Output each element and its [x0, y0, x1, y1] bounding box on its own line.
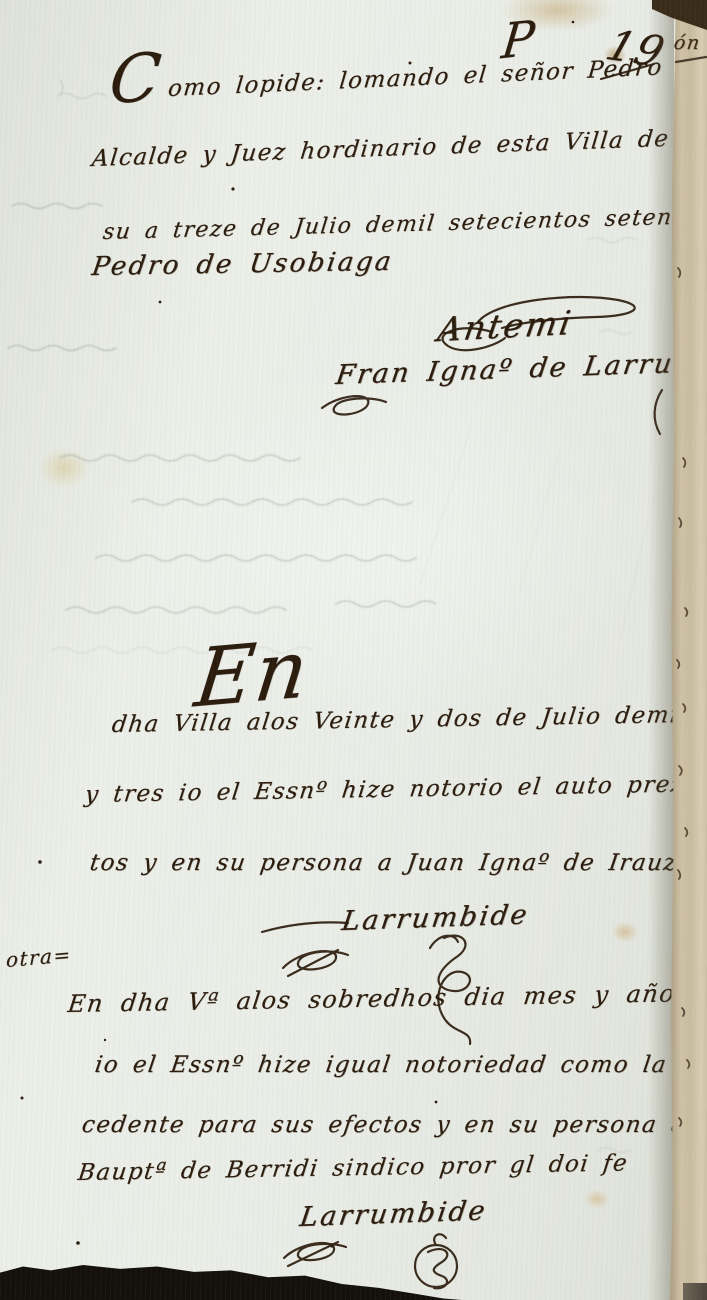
signature-rubric — [430, 936, 458, 948]
paraph-mark: P — [499, 10, 539, 70]
gutter-shadow — [648, 0, 674, 1300]
decree-initial: C — [106, 38, 166, 119]
notification-line: En dha Vª alos sobredhos dia mes y año — [66, 979, 677, 1018]
notary-signature: Larrumbide — [298, 1195, 489, 1233]
ink-stain — [612, 922, 638, 942]
signature-rubric — [415, 1245, 457, 1287]
notification-line: cedente para sus efectos y en su persona… — [80, 1112, 707, 1138]
signature-lead-stroke — [262, 922, 348, 932]
torn-edge — [0, 1262, 462, 1300]
signature-rubric — [434, 1234, 446, 1245]
signature-rubric — [428, 1249, 447, 1288]
signature-rubric — [284, 1243, 346, 1260]
signature-rubric — [288, 1242, 338, 1266]
adjacent-page-ink-marks — [0, 0, 707, 1300]
notification-line: io el Essnº hize igual notoriedad como l… — [93, 1052, 707, 1078]
adjacent-page-edge — [670, 0, 707, 1300]
notification-line: tos y en su persona a Juan Ignaº de Irau… — [88, 850, 707, 876]
notification-line: y tres io el Essnº hize notorio el auto … — [83, 768, 707, 808]
scan-background-corner — [683, 1283, 707, 1300]
alcalde-signature: Pedro de Usobiaga — [90, 247, 395, 282]
attestation: Antemi — [435, 303, 576, 349]
manuscript-scan: C omo lopide: lomando el señor Pedro de … — [0, 0, 707, 1300]
notification-line: Bauptª de Berridi sindico pror gl doi fe — [76, 1150, 629, 1186]
bleedthrough-text — [0, 0, 707, 1300]
ink-stain — [585, 1190, 609, 1208]
notary-rubric — [322, 396, 386, 414]
signature-rubric — [283, 951, 348, 969]
notary-signature: Larrumbide — [340, 899, 531, 937]
margin-note: otra= — [6, 942, 72, 972]
decree-line: Alcalde y Juez hordinario de esta Villa … — [91, 124, 707, 172]
adjacent-page-text-fragment: ón — [672, 32, 702, 54]
signature-rubric — [288, 950, 338, 976]
ink-flourishes — [0, 0, 707, 1300]
decree-line: su a treze de Julio demil setecientos se… — [102, 204, 707, 245]
ink-stain — [38, 448, 90, 488]
